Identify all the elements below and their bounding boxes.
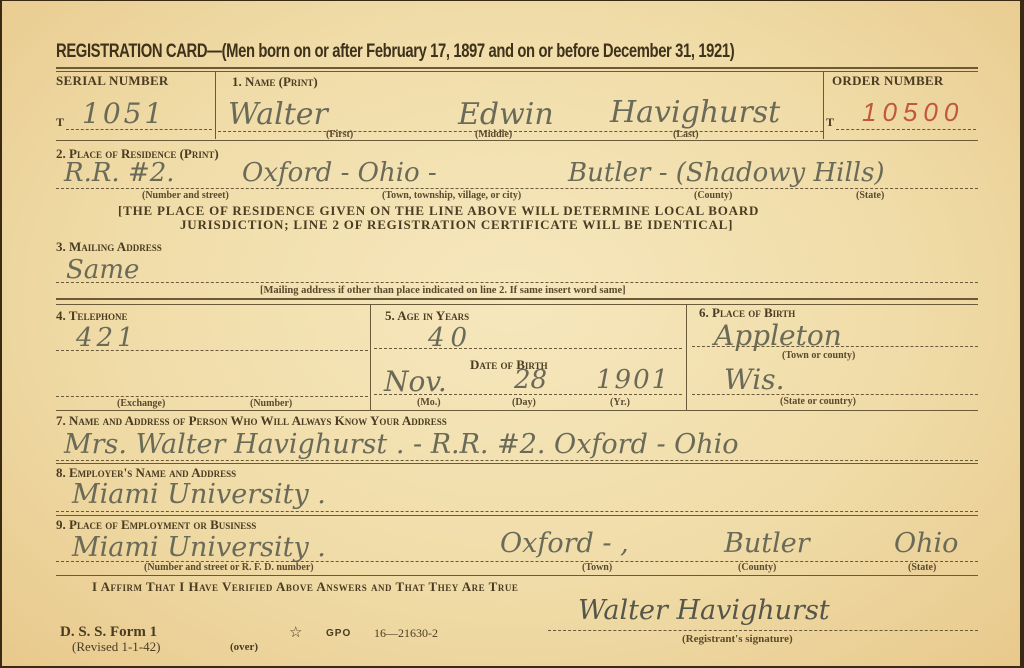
town-caption: (Town, township, village, or city) xyxy=(382,190,521,201)
first-name-value: Walter xyxy=(228,97,328,132)
divider xyxy=(56,67,978,69)
name-label: 1. Name (Print) xyxy=(232,74,318,90)
dob-line xyxy=(374,394,682,395)
age-label: 5. Age in Years xyxy=(385,308,469,324)
contact-line xyxy=(56,460,978,461)
dob-day-value: 28 xyxy=(514,365,547,395)
residence-town-value: Oxford - Ohio - xyxy=(242,158,437,188)
employment-street-value: Miami University . xyxy=(72,532,326,563)
county-caption: (County) xyxy=(694,190,732,201)
mailing-label: 3. Mailing Address xyxy=(56,239,162,255)
employment-label: 9. Place of Employment or Business xyxy=(56,517,256,533)
first-caption: (First) xyxy=(326,129,353,140)
year-caption: (Yr.) xyxy=(610,397,630,408)
affirmation-text: I Affirm That I Have Verified Above Answ… xyxy=(92,579,518,595)
last-name-value: Havighurst xyxy=(610,95,780,130)
employment-state-caption: (State) xyxy=(908,562,936,573)
star-icon: ☆ xyxy=(289,623,302,642)
form-revision: (Revised 1-1-42) xyxy=(72,639,160,655)
last-caption: (Last) xyxy=(673,129,699,140)
jurisdiction-notice-line1: [THE PLACE OF RESIDENCE GIVEN ON THE LIN… xyxy=(118,204,759,218)
employment-town-value: Oxford - , xyxy=(500,528,629,559)
town-or-county-caption: (Town or county) xyxy=(782,350,855,361)
day-caption: (Day) xyxy=(512,397,536,408)
order-number-label: ORDER NUMBER xyxy=(832,73,944,89)
order-number-value: 10500 xyxy=(862,97,964,128)
employer-value: Miami University . xyxy=(72,479,326,510)
telephone-value: 421 xyxy=(76,323,138,353)
state-or-country-caption: (State or country) xyxy=(780,396,856,407)
employer-line xyxy=(56,511,978,512)
divider xyxy=(56,140,978,141)
middle-name-value: Edwin xyxy=(458,97,554,132)
birth-state-value: Wis. xyxy=(724,363,785,396)
serial-line xyxy=(66,129,212,130)
residence-county-value: Butler - (Shadowy Hills) xyxy=(568,158,885,188)
mailing-caption: [Mailing address if other than place ind… xyxy=(260,285,626,296)
employment-state-value: Ohio xyxy=(894,528,958,559)
telephone-line xyxy=(56,396,368,397)
residence-line xyxy=(56,188,978,189)
divider xyxy=(56,298,978,300)
serial-number-label: SERIAL NUMBER xyxy=(56,73,169,89)
exchange-caption: (Exchange) xyxy=(117,398,165,409)
name-line xyxy=(218,131,823,132)
rfd-caption: (Number and street or R. F. D. number) xyxy=(144,562,314,573)
middle-caption: (Middle) xyxy=(475,129,512,140)
divider xyxy=(56,304,978,305)
serial-prefix: T xyxy=(56,115,64,130)
divider xyxy=(56,71,978,72)
divider xyxy=(56,463,978,464)
contact-value: Mrs. Walter Havighurst . - R.R. #2. Oxfo… xyxy=(64,429,739,460)
telephone-label: 4. Telephone xyxy=(56,308,127,324)
divider xyxy=(56,575,978,576)
card-title: REGISTRATION CARD—(Men born on or after … xyxy=(56,41,734,63)
jurisdiction-notice-line2: JURISDICTION; LINE 2 OF REGISTRATION CER… xyxy=(180,218,733,232)
number-caption: (Number) xyxy=(250,398,292,409)
contact-label: 7. Name and Address of Person Who Will A… xyxy=(56,413,447,429)
order-prefix: T xyxy=(826,115,834,130)
birth-town-value: Appleton xyxy=(714,319,842,352)
residence-street-value: R.R. #2. xyxy=(64,158,175,188)
employment-county-caption: (County) xyxy=(738,562,776,573)
mailing-line xyxy=(56,282,978,283)
column-divider xyxy=(823,71,824,139)
gpo-mark: GPO xyxy=(326,628,351,639)
state-caption: (State) xyxy=(856,190,884,201)
column-divider xyxy=(370,304,371,410)
birth-state-line xyxy=(692,394,978,395)
over-note: (over) xyxy=(230,641,258,653)
telephone-line xyxy=(56,350,368,351)
age-line xyxy=(374,348,682,349)
signature-line xyxy=(548,630,978,631)
birth-town-line xyxy=(692,346,978,347)
serial-number-value: 1051 xyxy=(82,97,165,130)
registrant-signature: Walter Havighurst xyxy=(578,595,830,626)
divider xyxy=(56,410,978,411)
mailing-value: Same xyxy=(66,255,139,285)
print-code: 16—21630-2 xyxy=(374,626,438,641)
column-divider xyxy=(686,304,687,410)
month-caption: (Mo.) xyxy=(417,397,441,408)
order-line xyxy=(836,129,976,130)
column-divider xyxy=(215,71,216,139)
dob-year-value: 1901 xyxy=(596,365,670,395)
divider xyxy=(56,515,978,516)
registration-card: REGISTRATION CARD—(Men born on or after … xyxy=(2,1,1020,666)
signature-caption: (Registrant's signature) xyxy=(682,633,793,645)
street-caption: (Number and street) xyxy=(142,190,229,201)
employment-town-caption: (Town) xyxy=(582,562,612,573)
employment-county-value: Butler xyxy=(724,528,810,559)
